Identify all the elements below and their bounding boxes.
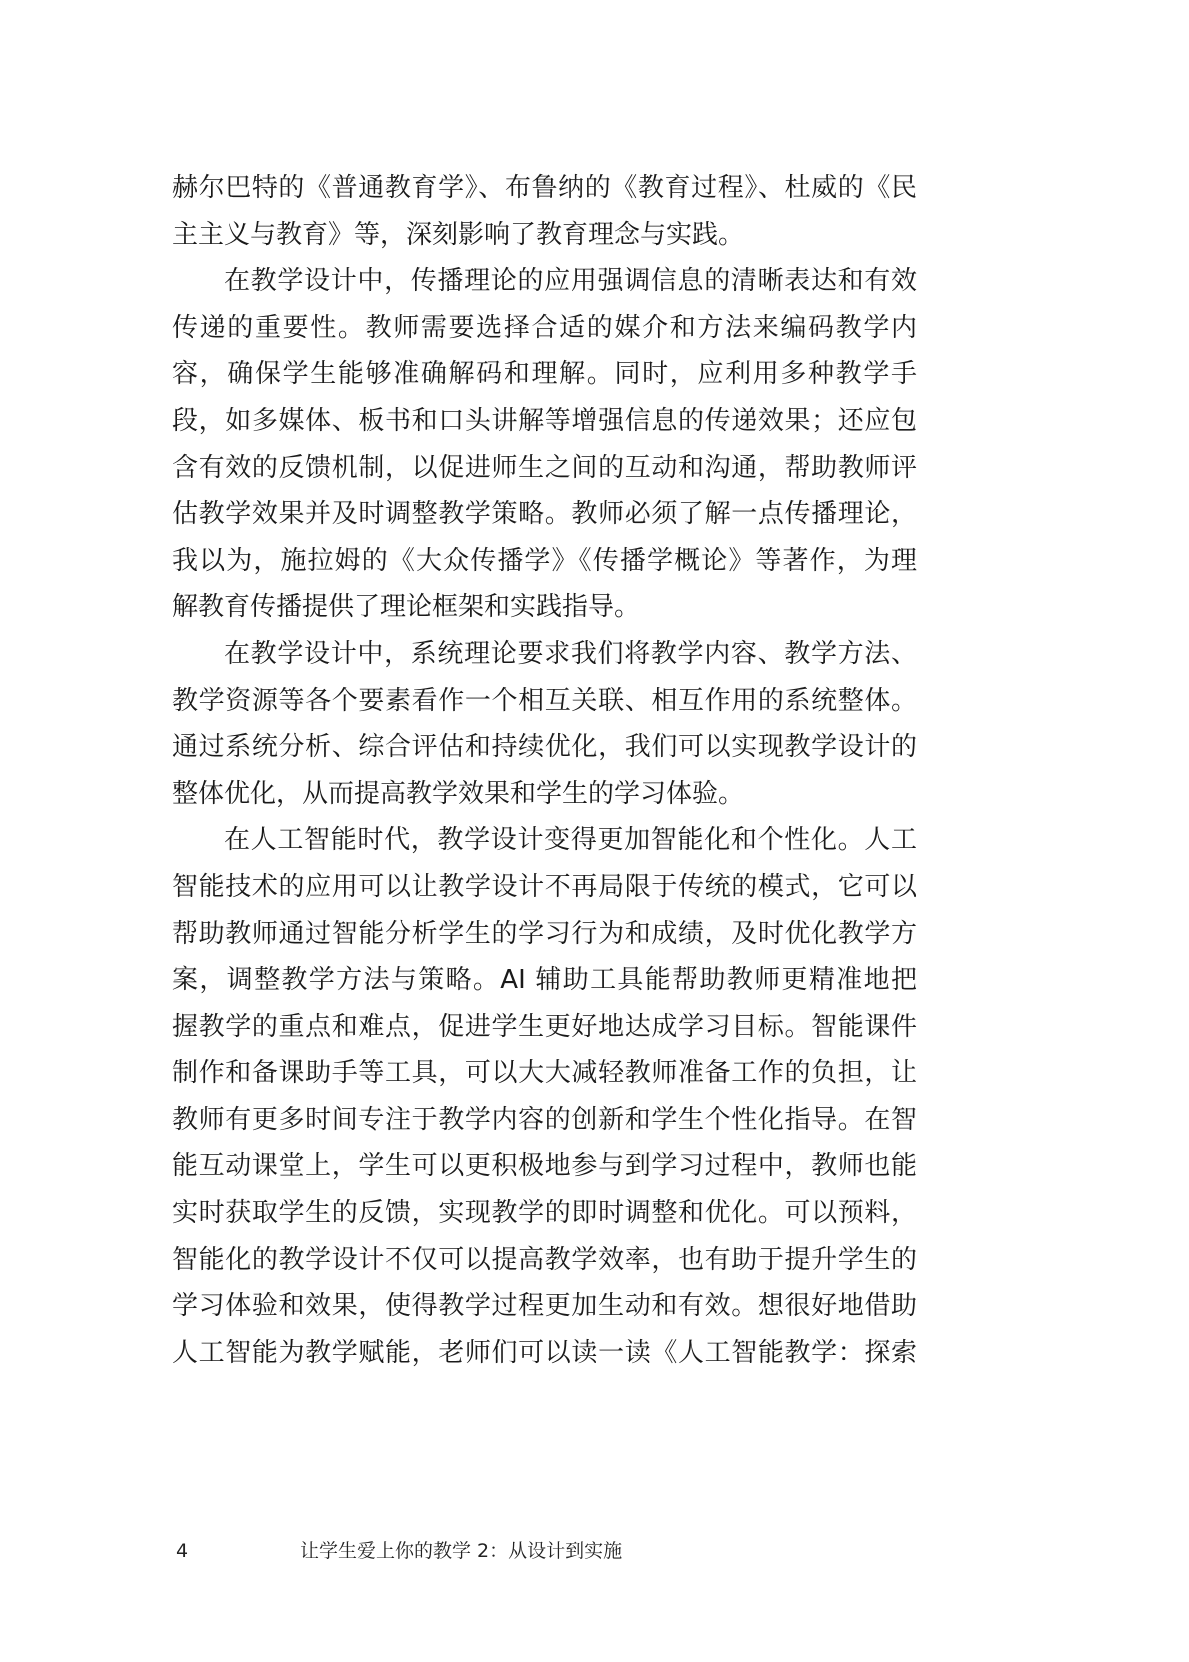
text-line: 我以为，施拉姆的《大众传播学》《传播学概论》等著作，为理	[172, 538, 917, 585]
text-line: 传递的重要性。教师需要选择合适的媒介和方法来编码教学内	[172, 305, 917, 352]
paragraph: 在人工智能时代，教学设计变得更加智能化和个性化。人工 智能技术的应用可以让教学设…	[172, 817, 917, 1376]
text-line: 容，确保学生能够准确解码和理解。同时，应利用多种教学手	[172, 351, 917, 398]
text-line: 学习体验和效果，使得教学过程更加生动和有效。想很好地借助	[172, 1283, 917, 1330]
text-line: 人工智能为教学赋能，老师们可以读一读《人工智能教学：探索	[172, 1330, 917, 1377]
text-line: 整体优化，从而提高教学效果和学生的学习体验。	[172, 771, 917, 818]
text-line: 在教学设计中，系统理论要求我们将教学内容、教学方法、	[172, 631, 917, 678]
text-line: 估教学效果并及时调整教学策略。教师必须了解一点传播理论，	[172, 491, 917, 538]
text-line: 案，调整教学方法与策略。AI 辅助工具能帮助教师更精准地把	[172, 957, 917, 1004]
body-text: 赫尔巴特的《普通教育学》、布鲁纳的《教育过程》、杜威的《民 主主义与教育》等，深…	[172, 165, 917, 1376]
text-line: 智能化的教学设计不仅可以提高教学效率，也有助于提升学生的	[172, 1237, 917, 1284]
text-line: 在教学设计中，传播理论的应用强调信息的清晰表达和有效	[172, 258, 917, 305]
text-line: 段，如多媒体、板书和口头讲解等增强信息的传递效果；还应包	[172, 398, 917, 445]
text-line: 握教学的重点和难点，促进学生更好地达成学习目标。智能课件	[172, 1004, 917, 1051]
running-title: 让学生爱上你的教学 2：从设计到实施	[300, 1536, 622, 1566]
text-line: 在人工智能时代，教学设计变得更加智能化和个性化。人工	[172, 817, 917, 864]
text-line: 主主义与教育》等，深刻影响了教育理念与实践。	[172, 212, 917, 259]
paragraph: 在教学设计中，传播理论的应用强调信息的清晰表达和有效 传递的重要性。教师需要选择…	[172, 258, 917, 631]
text-line: 解教育传播提供了理论框架和实践指导。	[172, 584, 917, 631]
text-line: 能互动课堂上，学生可以更积极地参与到学习过程中，教师也能	[172, 1143, 917, 1190]
page-footer: 4 让学生爱上你的教学 2：从设计到实施	[172, 1536, 917, 1566]
text-line: 含有效的反馈机制，以促进师生之间的互动和沟通，帮助教师评	[172, 445, 917, 492]
text-line: 帮助教师通过智能分析学生的学习行为和成绩，及时优化教学方	[172, 911, 917, 958]
text-line: 实时获取学生的反馈，实现教学的即时调整和优化。可以预料，	[172, 1190, 917, 1237]
page-number: 4	[176, 1536, 188, 1566]
book-page: 赫尔巴特的《普通教育学》、布鲁纳的《教育过程》、杜威的《民 主主义与教育》等，深…	[0, 0, 1189, 1662]
paragraph: 赫尔巴特的《普通教育学》、布鲁纳的《教育过程》、杜威的《民 主主义与教育》等，深…	[172, 165, 917, 258]
text-line: 制作和备课助手等工具，可以大大减轻教师准备工作的负担，让	[172, 1050, 917, 1097]
text-line: 通过系统分析、综合评估和持续优化，我们可以实现教学设计的	[172, 724, 917, 771]
paragraph: 在教学设计中，系统理论要求我们将教学内容、教学方法、 教学资源等各个要素看作一个…	[172, 631, 917, 817]
text-line: 教学资源等各个要素看作一个相互关联、相互作用的系统整体。	[172, 678, 917, 725]
text-line: 赫尔巴特的《普通教育学》、布鲁纳的《教育过程》、杜威的《民	[172, 165, 917, 212]
text-line: 教师有更多时间专注于教学内容的创新和学生个性化指导。在智	[172, 1097, 917, 1144]
text-line: 智能技术的应用可以让教学设计不再局限于传统的模式，它可以	[172, 864, 917, 911]
